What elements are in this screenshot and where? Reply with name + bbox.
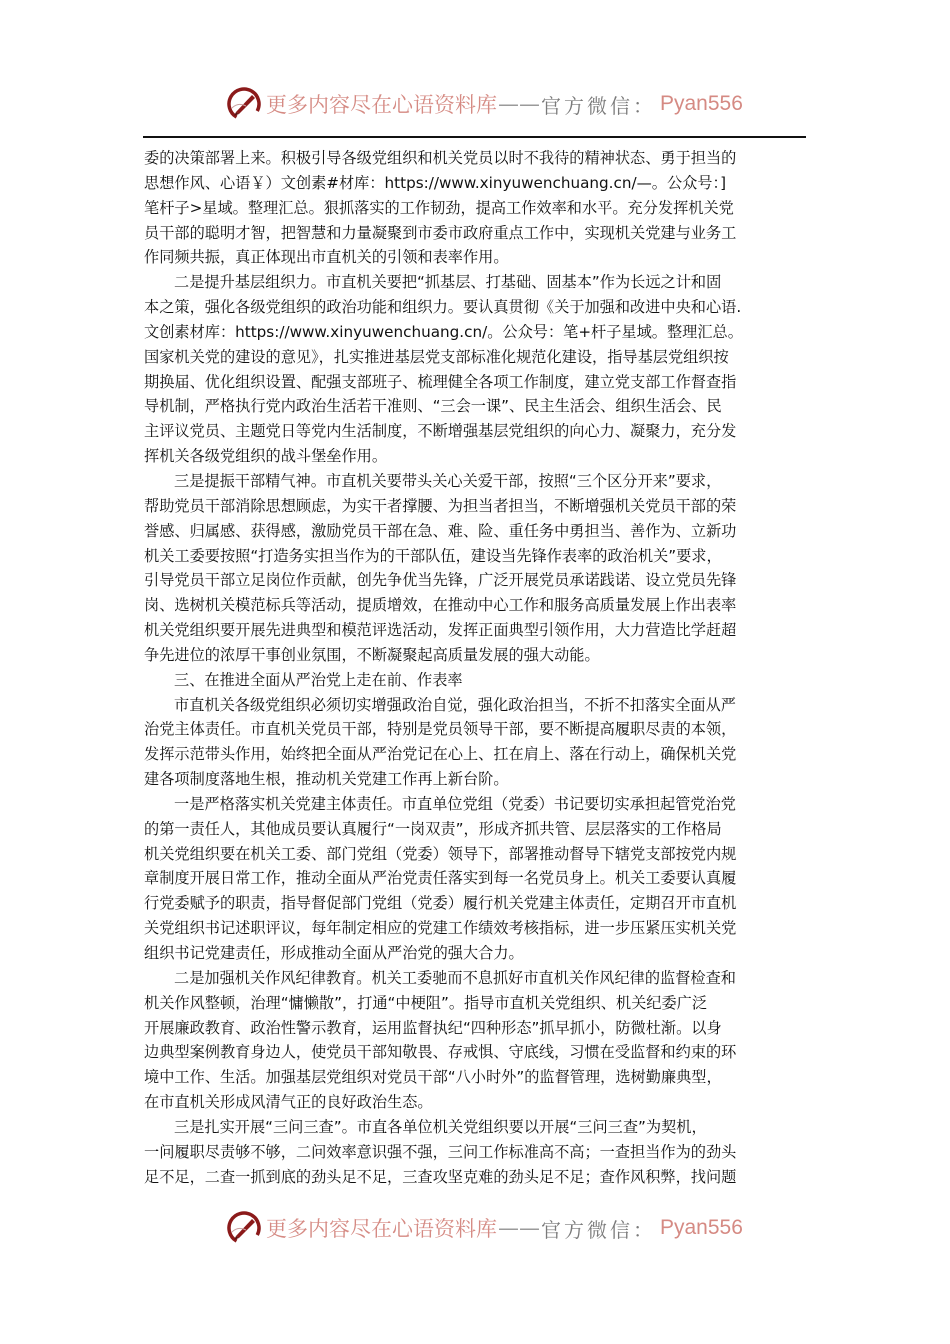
header-banner: 更多内容尽在心语资料库 —— 官方微信： Pyan556	[226, 84, 726, 124]
text-line: 引导党员干部立足岗位作贡献，创先争优当先锋，广泛开展党员承诺践诺、设立党员先锋	[144, 568, 808, 593]
text-line: 期换届、优化组织设置、配强支部班子、梳理健全各项工作制度，建立党支部工作督查指	[144, 370, 808, 395]
header-divider	[143, 136, 806, 138]
text-line: 二是加强机关作风纪律教育。机关工委驰而不息抓好市直机关作风纪律的监督检查和	[144, 966, 808, 991]
text-line: 行党委赋予的职责，指导督促部门党组（党委）履行机关党建主体责任，定期召开市直机	[144, 891, 808, 916]
text-line: 边典型案例教育身边人，使党员干部知敬畏、存戒惧、守底线，习惯在受监督和约束的环	[144, 1040, 808, 1065]
text-line: 二是提升基层组织力。市直机关要把“抓基层、打基础、固基本”作为长远之计和固	[144, 270, 808, 295]
banner-wechat-id: Pyan556	[660, 1216, 743, 1240]
text-line: 思想作风、心语￥）文创素#材库：https://www.xinyuwenchua…	[144, 171, 808, 196]
text-line: 笔杆子>星域。整理汇总。狠抓落实的工作韧劲，提高工作效率和水平。充分发挥机关党	[144, 196, 808, 221]
text-line: 岗、选树机关模范标兵等活动，提质增效，在推动中心工作和服务高质量发展上作出表率	[144, 593, 808, 618]
text-line: 发挥示范带头作用，始终把全面从严治党记在心上、扛在肩上、落在行动上，确保机关党	[144, 742, 808, 767]
text-line: 三是扎实开展“三问三查”。市直各单位机关党组织要以开展“三问三查”为契机，	[144, 1115, 808, 1140]
text-line: 争先进位的浓厚干事创业氛围，不断凝聚起高质量发展的强大动能。	[144, 643, 808, 668]
text-line: 建各项制度落地生根，推动机关党建工作再上新台阶。	[144, 767, 808, 792]
banner-wechat-id: Pyan556	[660, 92, 743, 116]
text-line: 主评议党员、主题党日等党内生活制度，不断增强基层党组织的向心力、凝聚力，充分发	[144, 419, 808, 444]
banner-wechat-label: 官方微信：	[541, 1214, 656, 1243]
text-line: 一是严格落实机关党建主体责任。市直单位党组（党委）书记要切实承担起管党治党	[144, 792, 808, 817]
text-line: 境中工作、生活。加强基层党组织对党员干部“八小时外”的监督管理，选树勤廉典型，	[144, 1065, 808, 1090]
text-line: 在市直机关形成风清气正的良好政治生态。	[144, 1090, 808, 1115]
text-line: 本之策，强化各级党组织的政治功能和组织力。要认真贯彻《关于加强和改进中央和心语.	[144, 295, 808, 320]
text-line: 机关党组织要在机关工委、部门党组（党委）领导下，部署推动督导下辖党支部按党内规	[144, 842, 808, 867]
text-line: 委的决策部署上来。积极引导各级党组织和机关党员以时不我待的精神状态、勇于担当的	[144, 146, 808, 171]
footer-banner: 更多内容尽在心语资料库 —— 官方微信： Pyan556	[226, 1208, 726, 1248]
text-line: 足不足，二查一抓到底的劲头足不足，三查攻坚克难的劲头足不足；查作风积弊，找问题	[144, 1165, 808, 1190]
text-line: 国家机关党的建设的意见》，扎实推进基层党支部标准化规范化建设，指导基层党组织按	[144, 345, 808, 370]
text-line: 作同频共振，真正体现出市直机关的引领和表率作用。	[144, 245, 808, 270]
quill-pen-logo-icon	[226, 86, 262, 122]
text-line: 机关党组织要开展先进典型和模范评选活动，发挥正面典型引领作用，大力营造比学赶超	[144, 618, 808, 643]
text-line: 三、在推进全面从严治党上走在前、作表率	[144, 668, 808, 693]
text-line: 关党组织书记述职评议，每年制定相应的党建工作绩效考核指标，进一步压紧压实机关党	[144, 916, 808, 941]
text-line: 三是提振干部精气神。市直机关要带头关心关爱干部，按照“三个区分开来”要求，	[144, 469, 808, 494]
text-line: 文创素材库：https://www.xinyuwenchuang.cn/。公众号…	[144, 320, 808, 345]
text-line: 章制度开展日常工作，推动全面从严治党责任落实到每一名党员身上。机关工委要认真履	[144, 866, 808, 891]
text-line: 机关作风整顿，治理“慵懒散”，打通“中梗阻”。指导市直机关党组织、机关纪委广泛	[144, 991, 808, 1016]
text-line: 员干部的聪明才智，把智慧和力量凝聚到市委市政府重点工作中，实现机关党建与业务工	[144, 221, 808, 246]
text-line: 挥机关各级党组织的战斗堡垒作用。	[144, 444, 808, 469]
banner-promo-text: 更多内容尽在心语资料库	[266, 89, 497, 119]
banner-dash: ——	[498, 1216, 540, 1240]
text-line: 组织书记党建责任，形成推动全面从严治党的强大合力。	[144, 941, 808, 966]
text-line: 一问履职尽责够不够，二问效率意识强不强，三问工作标准高不高；一查担当作为的劲头	[144, 1140, 808, 1165]
banner-dash: ——	[498, 92, 540, 116]
text-line: 开展廉政教育、政治性警示教育，运用监督执纪“四种形态”抓早抓小，防微杜渐。以身	[144, 1016, 808, 1041]
text-line: 帮助党员干部消除思想顾虑，为实干者撑腰、为担当者担当，不断增强机关党员干部的荣	[144, 494, 808, 519]
text-line: 的第一责任人，其他成员要认真履行“一岗双责”，形成齐抓共管、层层落实的工作格局	[144, 817, 808, 842]
document-body: 委的决策部署上来。积极引导各级党组织和机关党员以时不我待的精神状态、勇于担当的思…	[144, 146, 808, 1189]
banner-promo-text: 更多内容尽在心语资料库	[266, 1213, 497, 1243]
text-line: 导机制，严格执行党内政治生活若干准则、“三会一课”、民主生活会、组织生活会、民	[144, 394, 808, 419]
text-line: 机关工委要按照“打造务实担当作为的干部队伍，建设当先锋作表率的政治机关”要求，	[144, 544, 808, 569]
banner-wechat-label: 官方微信：	[541, 90, 656, 119]
text-line: 治党主体责任。市直机关党员干部，特别是党员领导干部，要不断提高履职尽责的本领，	[144, 717, 808, 742]
text-line: 誉感、归属感、获得感，激励党员干部在急、难、险、重任务中勇担当、善作为、立新功	[144, 519, 808, 544]
text-line: 市直机关各级党组织必须切实增强政治自觉，强化政治担当，不折不扣落实全面从严	[144, 693, 808, 718]
quill-pen-logo-icon	[226, 1210, 262, 1246]
